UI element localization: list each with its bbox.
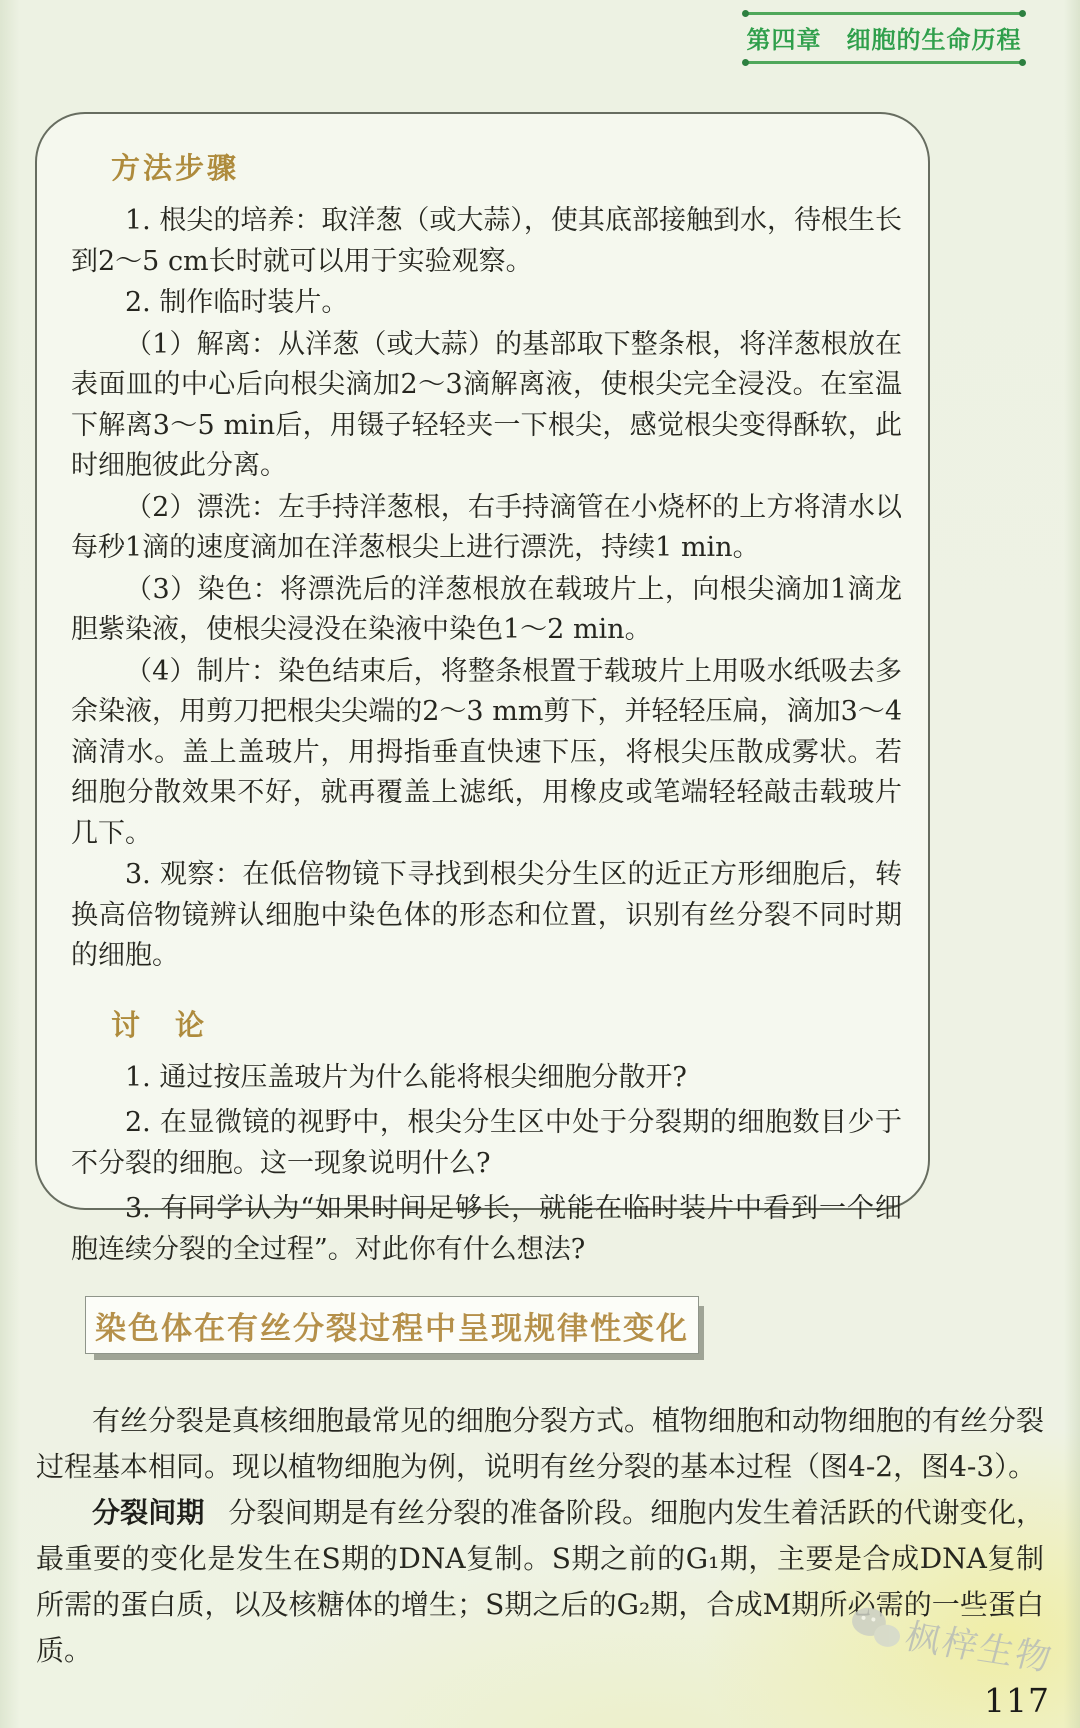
discussion-item: 1. 通过按压盖玻片为什么能将根尖细胞分散开? [71, 1058, 902, 1099]
method-step: 2. 制作临时装片。 [71, 283, 902, 324]
method-step: （3）染色：将漂洗后的洋葱根放在载玻片上，向根尖滴加1滴龙胆紫染液，使根尖浸没在… [71, 570, 902, 651]
method-step: 1. 根尖的培养：取洋葱（或大蒜），使其底部接触到水，待根生长到2～5 cm长时… [71, 201, 902, 282]
experiment-box: 方法步骤 1. 根尖的培养：取洋葱（或大蒜），使其底部接触到水，待根生长到2～5… [35, 112, 930, 1210]
textbook-page: { "colors":{ "header_green":"#2f9f4b", "… [0, 0, 1080, 1728]
rule-end-dot [1019, 10, 1026, 17]
discussion-list: 1. 通过按压盖玻片为什么能将根尖细胞分散开? 2. 在显微镜的视野中，根尖分生… [71, 1058, 902, 1271]
header-rule-top [746, 12, 1022, 15]
discussion-item: 3. 有同学认为“如果时间足够长，就能在临时装片中看到一个细胞连续分裂的全过程”… [71, 1189, 902, 1270]
section-title: 染色体在有丝分裂过程中呈现规律性变化 [85, 1296, 699, 1354]
discussion-item: 2. 在显微镜的视野中，根尖分生区中处于分裂期的细胞数目少于不分裂的细胞。这一现… [71, 1103, 902, 1184]
interphase-term: 分裂间期 [92, 1496, 205, 1529]
chapter-title: 第四章 细胞的生命历程 [746, 15, 1022, 61]
method-step: 3. 观察：在低倍物镜下寻找到根尖分生区的近正方形细胞后，转换高倍物镜辨认细胞中… [71, 855, 902, 977]
page-number: 117 [984, 1681, 1050, 1720]
method-step: （4）制片：染色结束后，将整条根置于载玻片上用吸水纸吸去多余染液，用剪刀把根尖尖… [71, 652, 902, 855]
header-rule-bottom [746, 61, 1022, 64]
rule-end-dot [742, 59, 749, 66]
rule-end-dot [1019, 59, 1026, 66]
chat-bubbles-icon [848, 1603, 906, 1655]
chapter-header: 第四章 细胞的生命历程 [746, 12, 1022, 64]
method-steps-heading: 方法步骤 [111, 146, 902, 187]
rule-end-dot [742, 10, 749, 17]
method-step: （1）解离：从洋葱（或大蒜）的基部取下整条根，将洋葱根放在表面皿的中心后向根尖滴… [71, 325, 902, 487]
method-step: （2）漂洗：左手持洋葱根，右手持滴管在小烧杯的上方将清水以每秒1滴的速度滴加在洋… [71, 488, 902, 569]
intro-paragraph: 有丝分裂是真核细胞最常见的细胞分裂方式。植物细胞和动物细胞的有丝分裂过程基本相同… [36, 1398, 1044, 1490]
discussion-heading: 讨 论 [111, 1003, 902, 1044]
